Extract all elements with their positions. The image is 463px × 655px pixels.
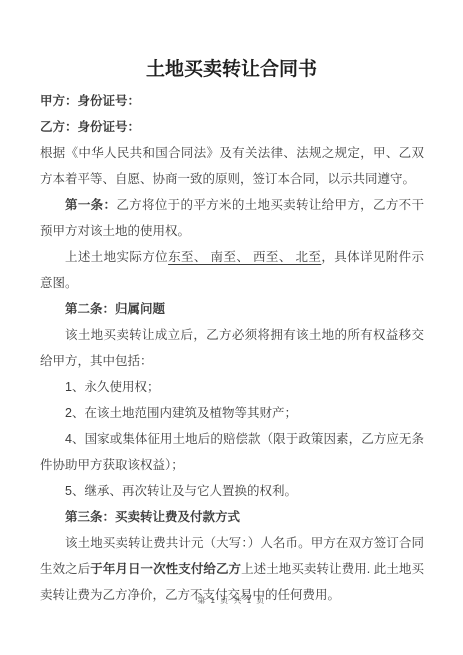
- paragraph: 2、在该土地范围内建筑及植物等其财产；: [40, 400, 424, 426]
- text-run: 甲方：身份证号：: [40, 94, 140, 108]
- text-run: 第三条：买卖转让费及付款方式: [65, 510, 240, 524]
- text-run: 于年月日一次性支付给乙方: [90, 562, 241, 576]
- paragraph: 根据《中华人民共和国合同法》及有关法律、法规之规定，甲、乙双方本着平等、自愿、协…: [40, 140, 424, 192]
- paragraph: 该土地买卖转让成立后，乙方必须将拥有该土地的所有权益移交给甲方，其中包括：: [40, 322, 424, 374]
- paragraph: 乙方：身份证号：: [40, 114, 424, 140]
- document-body: 甲方：身份证号：乙方：身份证号：根据《中华人民共和国合同法》及有关法律、法规之规…: [0, 88, 463, 608]
- text-run: 2、在该土地范围内建筑及植物等其财产；: [65, 406, 297, 420]
- page-number: 第 1 页 共 1 页: [0, 595, 463, 606]
- document-page: 土地买卖转让合同书 甲方：身份证号：乙方：身份证号：根据《中华人民共和国合同法》…: [0, 0, 463, 655]
- text-run: 乙方：身份证号：: [40, 120, 140, 134]
- text-run: 该土地买卖转让成立后，乙方必须将拥有该土地的所有权益移交给甲方，其中包括：: [40, 328, 424, 368]
- paragraph: 第一条：乙方将位于的平方米的土地买卖转让给甲方，乙方不干预甲方对该土地的使用权。: [40, 192, 424, 244]
- paragraph: 4、国家或集体征用土地后的赔偿款（限于政策因素，乙方应无条件协助甲方获取该权益）…: [40, 426, 424, 478]
- paragraph: 第三条：买卖转让费及付款方式: [40, 504, 424, 530]
- text-run: 第二条：归属问题: [65, 302, 165, 316]
- text-run: 第一条：: [65, 198, 116, 212]
- document-title: 土地买卖转让合同书: [0, 58, 463, 82]
- paragraph: 1、永久使用权；: [40, 374, 424, 400]
- paragraph: 上述土地实际方位东至、 南至、 西至、 北至，具体详见附件示意图。: [40, 244, 424, 296]
- text-run: 上述土地实际方位: [65, 250, 168, 264]
- text-run: 5、继承、再次转让及与它人置换的权利。: [65, 484, 297, 498]
- paragraph: 5、继承、再次转让及与它人置换的权利。: [40, 478, 424, 504]
- paragraph: 第二条：归属问题: [40, 296, 424, 322]
- text-run: 4、国家或集体征用土地后的赔偿款（限于政策因素，乙方应无条件协助甲方获取该权益）…: [40, 432, 424, 472]
- text-run: 东至、 南至、 西至、 北至: [168, 250, 321, 264]
- text-run: 1、永久使用权；: [65, 380, 159, 394]
- text-run: 根据《中华人民共和国合同法》及有关法律、法规之规定，甲、乙双方本着平等、自愿、协…: [40, 146, 424, 186]
- paragraph: 甲方：身份证号：: [40, 88, 424, 114]
